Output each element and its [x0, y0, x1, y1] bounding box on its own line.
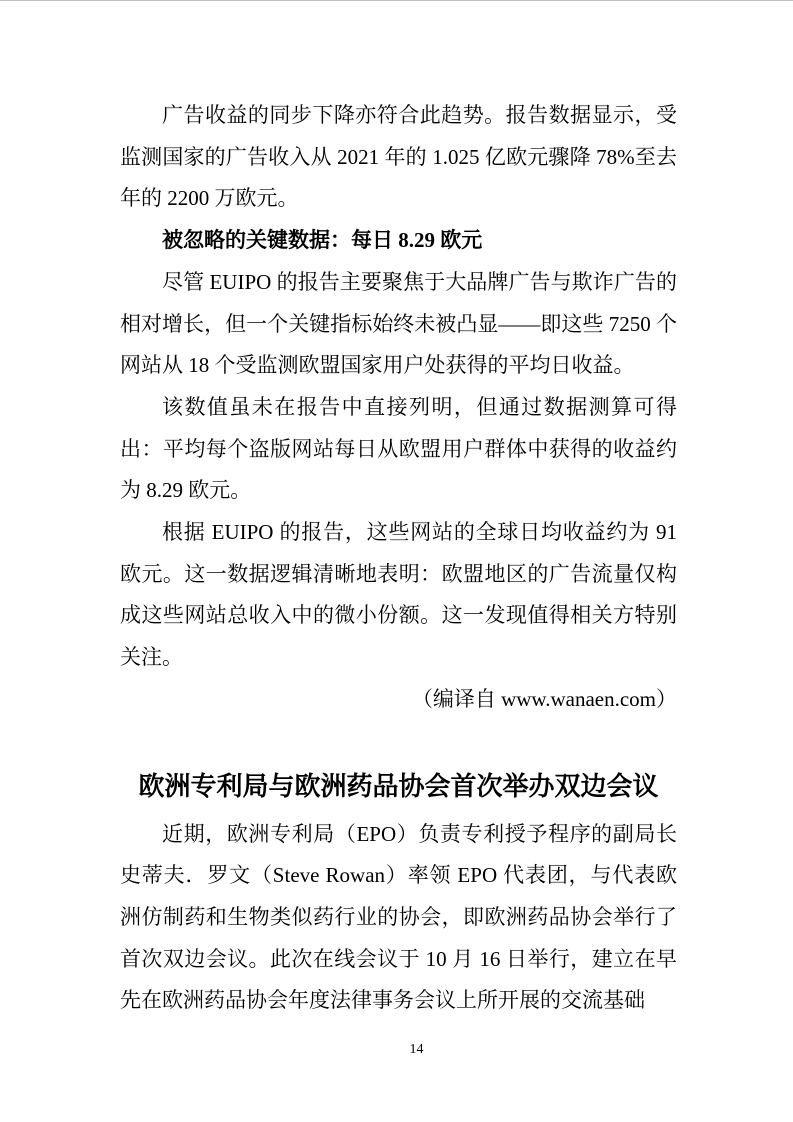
paragraph-epo-bilateral-meeting: 近期，欧洲专利局（EPO）负责专利授予程序的副局长史蒂夫．罗文（Steve Ro…	[120, 814, 677, 1023]
paragraph-euipo-report-focus: 尽管 EUIPO 的报告主要聚焦于大品牌广告与欺诈广告的相对增长，但一个关键指标…	[120, 262, 677, 387]
page-footer: 14	[0, 1041, 793, 1059]
document-page: 广告收益的同步下降亦符合此趋势。报告数据显示，受监测国家的广告收入从 2021 …	[0, 0, 793, 1122]
paragraph-global-daily-revenue: 根据 EUIPO 的报告，这些网站的全球日均收益约为 91 欧元。这一数据逻辑清…	[120, 512, 677, 679]
section-title-epo-meeting: 欧洲专利局与欧洲药品协会首次举办双边会议	[120, 760, 677, 812]
subheading-key-data: 被忽略的关键数据：每日 8.29 欧元	[120, 220, 677, 262]
attribution-source: （编译自 www.wanaen.com）	[120, 679, 677, 721]
body-text: 广告收益的同步下降亦符合此趋势。报告数据显示，受监测国家的广告收入从 2021 …	[120, 95, 677, 1022]
page-number: 14	[410, 1042, 424, 1057]
paragraph-value-calculation: 该数值虽未在报告中直接列明，但通过数据测算可得出：平均每个盗版网站每日从欧盟用户…	[120, 387, 677, 512]
paragraph-ad-revenue-drop: 广告收益的同步下降亦符合此趋势。报告数据显示，受监测国家的广告收入从 2021 …	[120, 95, 677, 220]
